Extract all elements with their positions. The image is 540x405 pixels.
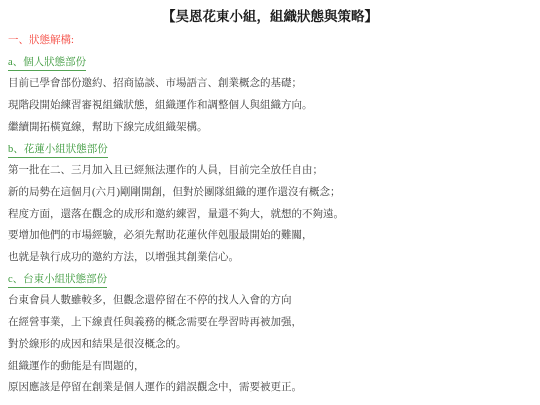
- section-a-line: 現階段開始練習審視組織狀態，組織運作和調整個人與組織方向。: [8, 95, 532, 117]
- section-b-line: 程度方面，還落在觀念的成形和邀約練習，量還不夠大，就想的不夠遠。: [8, 204, 532, 226]
- main-heading-status-deconstruction: 一、狀態解構:: [8, 30, 532, 52]
- section-heading-b-label: b、花蓮小組狀態部份: [8, 143, 108, 158]
- section-heading-a-personal-status: a、個人狀態部份: [8, 52, 532, 74]
- section-c-line: 對於線形的成因和結果是很沒概念的。: [8, 334, 532, 356]
- section-heading-a-label: a、個人狀態部份: [8, 56, 86, 71]
- section-heading-b-hualien-group-status: b、花蓮小組狀態部份: [8, 139, 532, 161]
- section-c-line: 原因應該是停留在創業是個人運作的錯誤觀念中，需要被更正。: [8, 377, 532, 399]
- section-heading-c-taitung-group-status: c、台東小組狀態部份: [8, 269, 532, 291]
- section-c-line: 在經營事業，上下線責任與義務的概念需要在學習時再被加强，: [8, 312, 532, 334]
- section-a-line: 目前已學會部份邀約、招商協談、市場語言、創業概念的基礎；: [8, 73, 532, 95]
- section-b-line: 新的局勢在這個月(六月)剛剛開創，但對於團隊組織的運作還沒有概念；: [8, 182, 532, 204]
- section-a-line: 繼續開拓橫寬線，幫助下線完成組織架構。: [8, 117, 532, 139]
- section-heading-c-label: c、台東小組狀態部份: [8, 273, 107, 288]
- section-b-line: 也就是執行成功的邀約方法，以增强其創業信心。: [8, 247, 532, 269]
- section-c-line: 台東會員人數雖較多，但觀念還停留在不停的找人入會的方向: [8, 290, 532, 312]
- page-title: 【昊恩花東小組，組織狀態與策略】: [8, 8, 532, 26]
- document-page: 【昊恩花東小組，組織狀態與策略】 一、狀態解構: a、個人狀態部份 目前已學會部…: [0, 0, 540, 399]
- section-b-line: 第一批在二、三月加入且已經無法運作的人員，目前完全放任自由；: [8, 160, 532, 182]
- section-b-line: 要增加他們的市場經驗，必須先幫助花蓮伙伴剋服最開始的難關，: [8, 225, 532, 247]
- section-c-line: 組織運作的動能是有問題的，: [8, 356, 532, 378]
